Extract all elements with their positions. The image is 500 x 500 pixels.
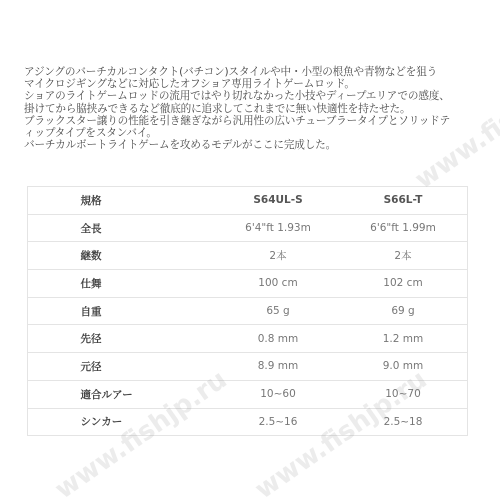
- spec-value: 102 cm: [343, 270, 463, 298]
- spec-value: 2本: [343, 242, 463, 270]
- spec-row: 全長 6'4"ft 1.93m 6'6"ft 1.99m: [28, 214, 468, 242]
- spec-value: 2.5~18: [343, 408, 463, 436]
- spec-label: 先径: [51, 331, 151, 346]
- description-line: ブラックスター譲りの性能を引き継ぎながら汎用性の広いチューブラータイプとソリッド…: [24, 115, 494, 127]
- spec-row: 先径 0.8 mm 1.2 mm: [28, 325, 468, 353]
- product-description: アジングのバーチカルコンタクト(バチコン)スタイルや中・小型の根魚や青物などを狙…: [24, 66, 494, 151]
- spec-value: 0.8 mm: [173, 325, 343, 353]
- spec-row: 仕舞 100 cm 102 cm: [28, 270, 468, 298]
- description-line: 掛けてから脇挟みできるなど徹底的に追求してこれまでに無い快適性を持たせた。: [24, 103, 494, 115]
- spec-label: 継数: [51, 248, 151, 263]
- spec-label: 仕舞: [51, 276, 151, 291]
- spec-row: シンカー 2.5~16 2.5~18: [28, 408, 468, 436]
- spec-header-row: 規格 S64UL-S S66L-T: [28, 187, 468, 215]
- spec-value: 9.0 mm: [343, 353, 463, 381]
- spec-header-model-1: S64UL-S: [173, 187, 343, 215]
- spec-row: 元径 8.9 mm 9.0 mm: [28, 353, 468, 381]
- spec-row: 自重 65 g 69 g: [28, 297, 468, 325]
- spec-value: 6'6"ft 1.99m: [343, 214, 463, 242]
- spec-header-model-2: S66L-T: [343, 187, 463, 215]
- description-line: ショアのライトゲームロッドの流用ではやり切れなかった小技やディープエリアでの感度…: [24, 90, 494, 102]
- description-line: ィップタイプをスタンバイ。: [24, 127, 494, 139]
- spec-header-label: 規格: [51, 193, 151, 208]
- spec-label: 全長: [51, 221, 151, 236]
- spec-table: 規格 S64UL-S S66L-T 全長 6'4"ft 1.93m 6'6"ft…: [27, 186, 468, 436]
- spec-value: 2.5~16: [173, 408, 343, 436]
- spec-value: 10~70: [343, 380, 463, 408]
- spec-label: 適合ルアー: [51, 387, 151, 402]
- spec-value: 1.2 mm: [343, 325, 463, 353]
- spec-value: 10~60: [173, 380, 343, 408]
- spec-label: 自重: [51, 304, 151, 319]
- spec-value: 6'4"ft 1.93m: [173, 214, 343, 242]
- spec-value: 69 g: [343, 297, 463, 325]
- spec-value: 65 g: [173, 297, 343, 325]
- spec-row: 適合ルアー 10~60 10~70: [28, 380, 468, 408]
- spec-label: 元径: [51, 359, 151, 374]
- description-line: マイクロジギングなどに対応したオフショア専用ライトゲームロッド。: [24, 78, 494, 90]
- spec-value: 2本: [173, 242, 343, 270]
- spec-value: 100 cm: [173, 270, 343, 298]
- description-line: バーチカルボートライトゲームを攻めるモデルがここに完成した。: [24, 139, 494, 151]
- spec-row: 継数 2本 2本: [28, 242, 468, 270]
- spec-label: シンカー: [51, 414, 151, 429]
- spec-value: 8.9 mm: [173, 353, 343, 381]
- description-line: アジングのバーチカルコンタクト(バチコン)スタイルや中・小型の根魚や青物などを狙…: [24, 66, 494, 78]
